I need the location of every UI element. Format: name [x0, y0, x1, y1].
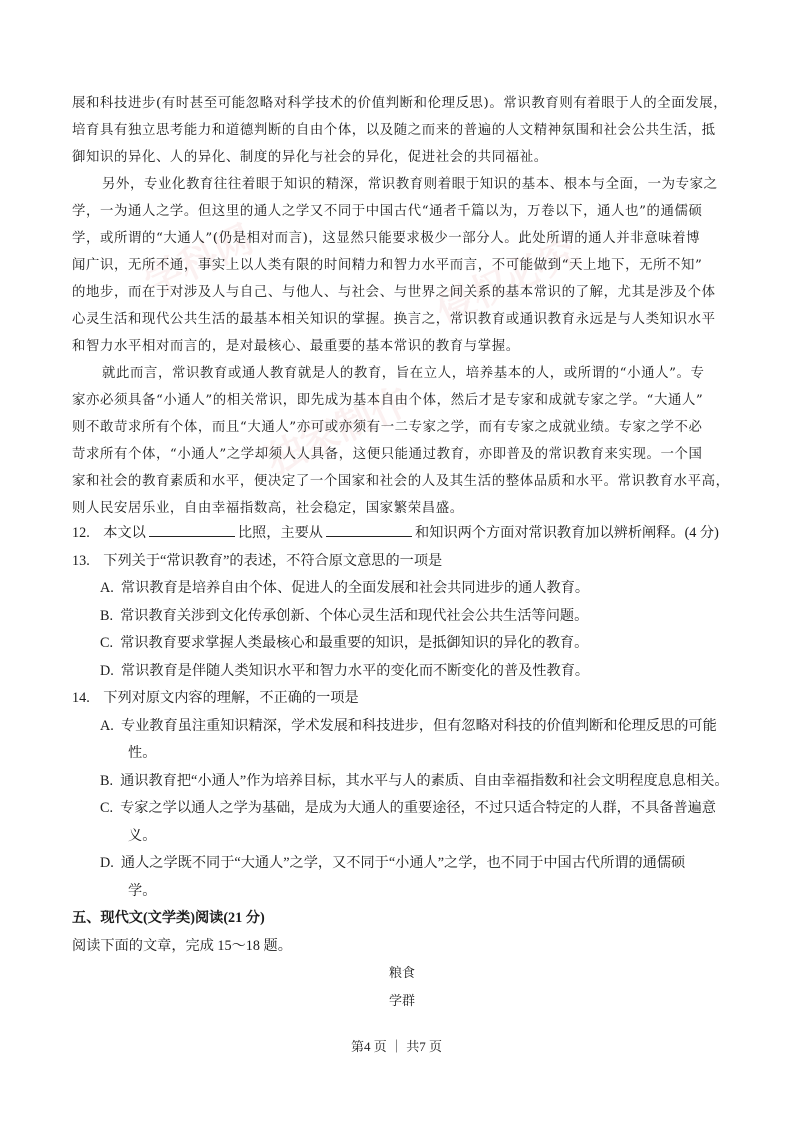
- question-14: 14. 下列对原文内容的理解，不正确的一项是: [72, 685, 732, 713]
- article-author: 学群: [72, 988, 732, 1016]
- option-label: B.: [100, 608, 113, 624]
- passage-line: 家亦必须具备“小通人”的相关常识，即先成为基本自由个体，然后才是专家和成就专家之…: [72, 387, 724, 414]
- option-continuation: 性。: [72, 740, 732, 768]
- option-label: B.: [100, 773, 113, 789]
- option-d: D. 常识教育是伴随人类知识水平和智力水平的变化而不断变化的普及性教育。: [72, 658, 732, 686]
- article-title: 粮食: [72, 960, 732, 988]
- passage-line: 则不敢苛求所有个体，而且“大通人”亦可或亦须有一二专家之学，而有专家之成就业绩。…: [72, 414, 724, 441]
- question-number: 14.: [72, 690, 90, 706]
- question-number: 12.: [72, 525, 90, 541]
- option-label: D.: [100, 855, 114, 871]
- passage-line: 闻广识，无所不通，事实上以人类有限的时间精力和智力水平而言，不可能做到“天上地下…: [72, 252, 724, 279]
- passage-line: 家和社会的教育素质和水平，便决定了一个国家和社会的人及其生活的整体品质和水平。常…: [72, 468, 724, 495]
- option-text: 常识教育关涉到文化传承创新、个体心灵生活和现代社会公共生活等问题。: [120, 608, 588, 624]
- question-13: 13. 下列关于“常识教育”的表述，不符合原文意思的一项是: [72, 548, 732, 576]
- option-continuation: 学。: [72, 878, 732, 906]
- question-number: 13.: [72, 553, 90, 569]
- option-a: A. 常识教育是培养自由个体、促进人的全面发展和社会共同进步的通人教育。: [72, 575, 732, 603]
- option-label: C.: [100, 635, 113, 651]
- passage-line: 另外，专业化教育往往着眼于知识的精深，常识教育则着眼于知识的基本、根本与全面，一…: [72, 171, 724, 198]
- passage-line: 就此而言，常识教育或通人教育就是人的教育，旨在立人，培养基本的人，或所谓的“小通…: [72, 360, 724, 387]
- option-d: D. 通人之学既不同于“大通人”之学，又不同于“小通人”之学，也不同于中国古代所…: [72, 850, 732, 878]
- option-b: B. 通识教育把“小通人”作为培养目标，其水平与人的素质、自由幸福指数和社会文明…: [72, 768, 732, 796]
- option-text: 专业教育虽注重知识精深，学术发展和科技进步，但有忽略对科技的价值判断和伦理反思的…: [121, 718, 717, 734]
- passage-line: 御知识的异化、人的异化、制度的异化与社会的异化，促进社会的共同福祉。: [72, 144, 724, 171]
- question-stem: 下列关于“常识教育”的表述，不符合原文意思的一项是: [103, 553, 442, 569]
- passage-line: 展和科技进步(有时甚至可能忽略对科学技术的价值判断和伦理反思)。常识教育则有着眼…: [72, 90, 724, 117]
- option-label: A.: [100, 580, 114, 596]
- option-text: 专家之学以通人之学为基础，是成为大通人的重要途径，不过只适合特定的人群，不具备普…: [120, 800, 716, 816]
- document-page: 学科网 侵权必究 独家制作 展和科技进步(有时甚至可能忽略对科学技术的价值判断和…: [0, 0, 793, 1122]
- option-text: 通人之学既不同于“大通人”之学，又不同于“小通人”之学，也不同于中国古代所谓的通…: [121, 855, 685, 871]
- option-label: C.: [100, 800, 113, 816]
- page-footer: 第4 页 ｜ 共7 页: [0, 1036, 793, 1055]
- option-label: A.: [100, 718, 114, 734]
- reading-passage: 展和科技进步(有时甚至可能忽略对科学技术的价值判断和伦理反思)。常识教育则有着眼…: [72, 90, 724, 522]
- option-a: A. 专业教育虽注重知识精深，学术发展和科技进步，但有忽略对科技的价值判断和伦理…: [72, 713, 732, 741]
- passage-line: 心灵生活和现代公共生活的最基本相关知识的掌握。换言之，常识教育或通识教育永远是与…: [72, 306, 724, 333]
- passage-line: 学，一为通人之学。但这里的通人之学又不同于中国古代“通者千篇以为，万卷以下，通人…: [72, 198, 724, 225]
- passage-line: 则人民安居乐业，自由幸福指数高，社会稳定，国家繁荣昌盛。: [72, 495, 724, 522]
- passage-line: 和智力水平相对而言的，是对最核心、最重要的基本常识的教育与掌握。: [72, 333, 724, 360]
- option-c: C. 常识教育要求掌握人类最核心和最重要的知识，是抵御知识的异化的教育。: [72, 630, 732, 658]
- option-label: D.: [100, 663, 114, 679]
- question-stem: 下列对原文内容的理解，不正确的一项是: [103, 690, 358, 706]
- option-text: 常识教育是伴随人类知识水平和智力水平的变化而不断变化的普及性教育。: [121, 663, 589, 679]
- question-text: 比照，主要从: [238, 525, 323, 541]
- section-heading: 五、现代文(文学类)阅读(21 分): [72, 905, 732, 933]
- passage-line: 苛求所有个体，“小通人”之学却须人人具备，这便只能通过教育，亦即普及的常识教育来…: [72, 441, 724, 468]
- option-b: B. 常识教育关涉到文化传承创新、个体心灵生活和现代社会公共生活等问题。: [72, 603, 732, 631]
- question-12: 12. 本文以比照，主要从和知识两个方面对常识教育加以辨析阐释。(4 分): [72, 520, 732, 548]
- passage-line: 的地步，而在于对涉及人与自己、与他人、与社会、与世界之间关系的基本常识的了解，尤…: [72, 279, 724, 306]
- section-instruction: 阅读下面的文章，完成 15～18 题。: [72, 933, 732, 961]
- question-text: 本文以: [103, 525, 146, 541]
- option-text: 通识教育把“小通人”作为培养目标，其水平与人的素质、自由幸福指数和社会文明程度息…: [120, 773, 728, 789]
- passage-line: 学，或所谓的“大通人”(仍是相对而言)，这显然只能要求极少一部分人。此处所谓的通…: [72, 225, 724, 252]
- question-text: 和知识两个方面对常识教育加以辨析阐释。(4 分): [415, 525, 719, 541]
- option-text: 常识教育是培养自由个体、促进人的全面发展和社会共同进步的通人教育。: [121, 580, 589, 596]
- passage-line: 培育具有独立思考能力和道德判断的自由个体，以及随之而来的普遍的人文精神氛围和社会…: [72, 117, 724, 144]
- option-text: 常识教育要求掌握人类最核心和最重要的知识，是抵御知识的异化的教育。: [120, 635, 588, 651]
- option-c: C. 专家之学以通人之学为基础，是成为大通人的重要途径，不过只适合特定的人群，不…: [72, 795, 732, 823]
- answer-blank[interactable]: [326, 524, 412, 537]
- questions-section: 12. 本文以比照，主要从和知识两个方面对常识教育加以辨析阐释。(4 分) 13…: [72, 520, 732, 1015]
- answer-blank[interactable]: [149, 524, 235, 537]
- option-continuation: 义。: [72, 823, 732, 851]
